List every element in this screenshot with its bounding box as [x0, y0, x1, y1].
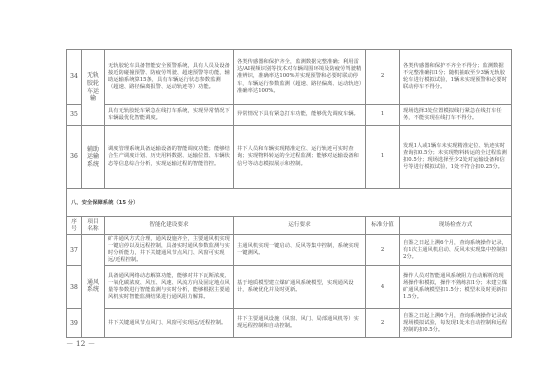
construction-requirement: 矿井通风方式合理，通风设施齐全，主要通风机实现一键启停以及远程控制，具备实时通风… [105, 235, 234, 266]
construction-requirement: 调度管理系统具备运输设备的智能调度功能；能够结合生产调度计划、历史用料数据、运输… [105, 126, 234, 189]
table-row: 39 井下关键通风节点风门、风窗可实现远/近程控制。 井下主要通风设施（风窗、风… [67, 309, 512, 338]
header-requirement: 智能化建设要求 [105, 217, 234, 235]
header-no: 序号 [67, 217, 82, 235]
safety-system-table: 八、安全保障系统（15 分） 序号 项目名称 智能化建设要求 运行要求 标准分值… [66, 188, 512, 338]
table-header-row: 序号 项目名称 智能化建设要求 运行要求 标准分值 现场检查方式 [67, 217, 512, 235]
construction-requirement: 具有无轨胶轮车紧急在线打车系统，实现异常情况下车辆最优化智能调度。 [105, 105, 234, 126]
standard-score: 2 [366, 309, 400, 338]
requirements-table-continued: 34 无轨胶轮车运输 无轨胶轮车具备智能安全预警系统，具有人员及设备接近防碰撞预… [66, 49, 512, 189]
inspection-method: 各类传感器和保护不齐全不得分；监测数据不完整准确扣1分；随机抽取至少3辆无轨胶轮… [400, 50, 512, 105]
operation-requirement: 各类传感器和保护齐全，监测数据完整准确；利用雷达/AI视频识别等技术对车辆周围环… [234, 50, 366, 105]
operation-requirement: 井下人员和车辆实现精准定位、运行轨迹可实时查询；实现物料转运的全过程监测；能够对… [234, 126, 366, 189]
row-number: 38 [67, 266, 82, 309]
inspection-method: 自鉴之日起上溯6个月，查询系统操作记录，有1次主通风机启动、反风未实现集中控制扣… [400, 235, 512, 266]
table-row: 35 具有无轨胶轮车紧急在线打车系统，实现异常情况下车辆最优化智能调度。 异常情… [67, 105, 512, 126]
standard-score: 1 [366, 105, 400, 126]
header-inspection: 现场检查方式 [400, 217, 512, 235]
row-number: 34 [67, 50, 82, 105]
table-row: 38 具备通风网络动态解算功能，能够对井下瓦斯浓度、一氧化碳浓度、风压、风速、风… [67, 266, 512, 309]
operation-requirement: 基于地质模型建立煤矿通风系统模型，实现通风设计，系统优化并及时更新。 [234, 266, 366, 309]
row-number: 39 [67, 309, 82, 338]
construction-requirement: 井下关键通风节点风门、风窗可实现远/近程控制。 [105, 309, 234, 338]
header-name: 项目名称 [82, 217, 105, 235]
standard-score: 2 [366, 235, 400, 266]
section-title: 八、安全保障系统（15 分） [67, 189, 512, 217]
item-name: 辅助运输系统 [82, 126, 105, 189]
standard-score: 4 [366, 266, 400, 309]
row-number: 35 [67, 105, 82, 126]
section-title-row: 八、安全保障系统（15 分） [67, 189, 512, 217]
operation-requirement: 异常情况下具有紧急打车功能，能够优先调度车辆。 [234, 105, 366, 126]
inspection-method: 现场选择3处位置模拟线行紧急在线打车任务，不能实现在线打车不得分。 [400, 105, 512, 126]
inspection-method: 自鉴之日起上溯6个月，查询系统操作记录或现场模拟试验，每发现1处未自动控制和远程… [400, 309, 512, 338]
header-score: 标准分值 [366, 217, 400, 235]
operation-requirement: 主通风机实现一键启动、反风等集中控制，系统实现一键测风。 [234, 235, 366, 266]
standard-score: 2 [366, 50, 400, 105]
construction-requirement: 具备通风网络动态解算功能，能够对井下瓦斯浓度、一氧化碳浓度、风压、风速、风流方向… [105, 266, 234, 309]
table-row: 37 通风系统 矿井通风方式合理，通风设施齐全，主要通风机实现一键启停以及远程控… [67, 235, 512, 266]
operation-requirement: 井下主要通风设施（风窗、风门、局部通风机等）实现远程控制和自动控制。 [234, 309, 366, 338]
item-name: 无轨胶轮车运输 [82, 50, 105, 126]
inspection-method: 操作人员对智能通风系统阻力自动解析的现场操作和模拟，操作不熟练扣1分；未建立煤矿… [400, 266, 512, 309]
page-number: － 12 － [66, 338, 95, 349]
row-number: 36 [67, 126, 82, 189]
header-operation: 运行要求 [234, 217, 366, 235]
standard-score: 1 [366, 126, 400, 189]
row-number: 37 [67, 235, 82, 266]
construction-requirement: 无轨胶轮车具备智能安全预警系统，具有人员及设备接近防碰撞预警、防疲劳驾驶、超速预… [105, 50, 234, 105]
inspection-method: 发现1人或1辆车未实现精准定位、轨迹实时查询扣0.5分；未实现物料转运的全过程监… [400, 126, 512, 189]
table-row: 36 辅助运输系统 调度管理系统具备运输设备的智能调度功能；能够结合生产调度计划… [67, 126, 512, 189]
table-row: 34 无轨胶轮车运输 无轨胶轮车具备智能安全预警系统，具有人员及设备接近防碰撞预… [67, 50, 512, 105]
item-name: 通风系统 [82, 235, 105, 338]
